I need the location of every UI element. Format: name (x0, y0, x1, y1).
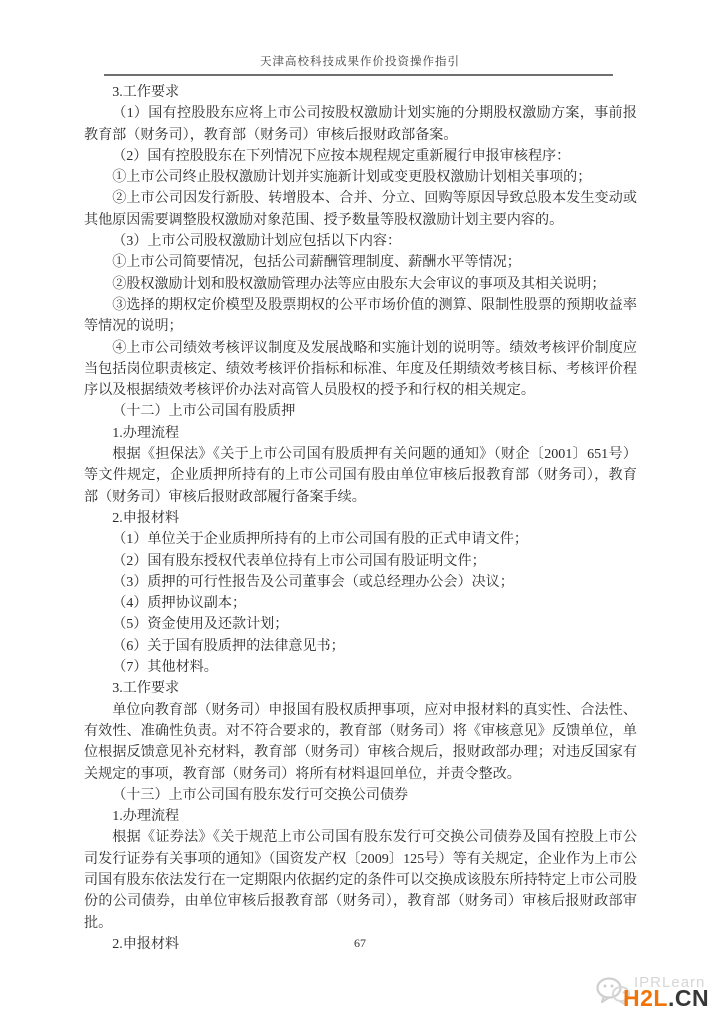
paragraph: （3）上市公司股权激励计划应包括以下内容： (84, 231, 637, 252)
paragraph: （十三）上市公司国有股东发行可交换公司债券 (84, 785, 637, 806)
paragraph: 1.办理流程 (84, 423, 637, 444)
page-number: 67 (0, 936, 720, 951)
paragraph: ③选择的期权定价模型及股票期权的公平市场价值的测算、限制性股票的预期收益率等情况… (84, 295, 637, 338)
header-title: 天津高校科技成果作价投资操作指引 (0, 53, 720, 69)
paragraph: ④上市公司绩效考核评议制度及发展战略和实施计划的说明等。绩效考核评价制度应当包括… (84, 338, 637, 402)
paragraph: （2）国有控股股东在下列情况下应按本规程规定重新履行申报审核程序： (84, 146, 637, 167)
paragraph: 3.工作要求 (84, 82, 637, 103)
paragraph: ②股权激励计划和股权激励管理办法等应由股东大会审议的事项及其相关说明； (84, 274, 637, 295)
paragraph: （1）单位关于企业质押所持有的上市公司国有股的正式申请文件； (84, 529, 637, 550)
paragraph: 2.申报材料 (84, 508, 637, 529)
watermark-brand-suffix: .CN (668, 985, 709, 1011)
paragraph: 根据《证券法》《关于规范上市公司国有股东发行可交换公司债券及国有控股上市公司发行… (84, 827, 637, 933)
paragraph: （4）质押协议副本； (84, 593, 637, 614)
header-rule (104, 74, 613, 76)
paragraph: （十二）上市公司国有股质押 (84, 401, 637, 422)
paragraph: （5）资金使用及还款计划； (84, 614, 637, 635)
watermark-brand-main: H2L (623, 985, 668, 1011)
paragraph: ①上市公司简要情况，包括公司薪酬管理制度、薪酬水平等情况； (84, 252, 637, 273)
watermark: IPRLearn H2L.CN (590, 972, 720, 1016)
paragraph: 1.办理流程 (84, 806, 637, 827)
watermark-brand: H2L.CN (623, 985, 709, 1012)
paragraph: （6）关于国有股质押的法律意见书； (84, 636, 637, 657)
paragraph: ①上市公司终止股权激励计划并实施新计划或变更股权激励计划相关事项的； (84, 167, 637, 188)
document-body: 3.工作要求（1）国有控股股东应将上市公司按股权激励计划实施的分期股权激励方案，… (84, 82, 637, 955)
paragraph: ②上市公司因发行新股、转增股本、合并、分立、回购等原因导致总股本发生变动或其他原… (84, 188, 637, 231)
paragraph: （7）其他材料。 (84, 657, 637, 678)
paragraph: 3.工作要求 (84, 678, 637, 699)
paragraph: 根据《担保法》《关于上市公司国有股质押有关问题的通知》（财企〔2001〕651号… (84, 444, 637, 508)
document-page: 天津高校科技成果作价投资操作指引 3.工作要求（1）国有控股股东应将上市公司按股… (0, 0, 720, 1018)
paragraph: （2）国有股东授权代表单位持有上市公司国有股证明文件； (84, 551, 637, 572)
paragraph: 单位向教育部（财务司）申报国有股权质押事项，应对申报材料的真实性、合法性、有效性… (84, 700, 637, 785)
paragraph: （1）国有控股股东应将上市公司按股权激励计划实施的分期股权激励方案，事前报教育部… (84, 103, 637, 146)
paragraph: （3）质押的可行性报告及公司董事会（或总经理办公会）决议； (84, 572, 637, 593)
